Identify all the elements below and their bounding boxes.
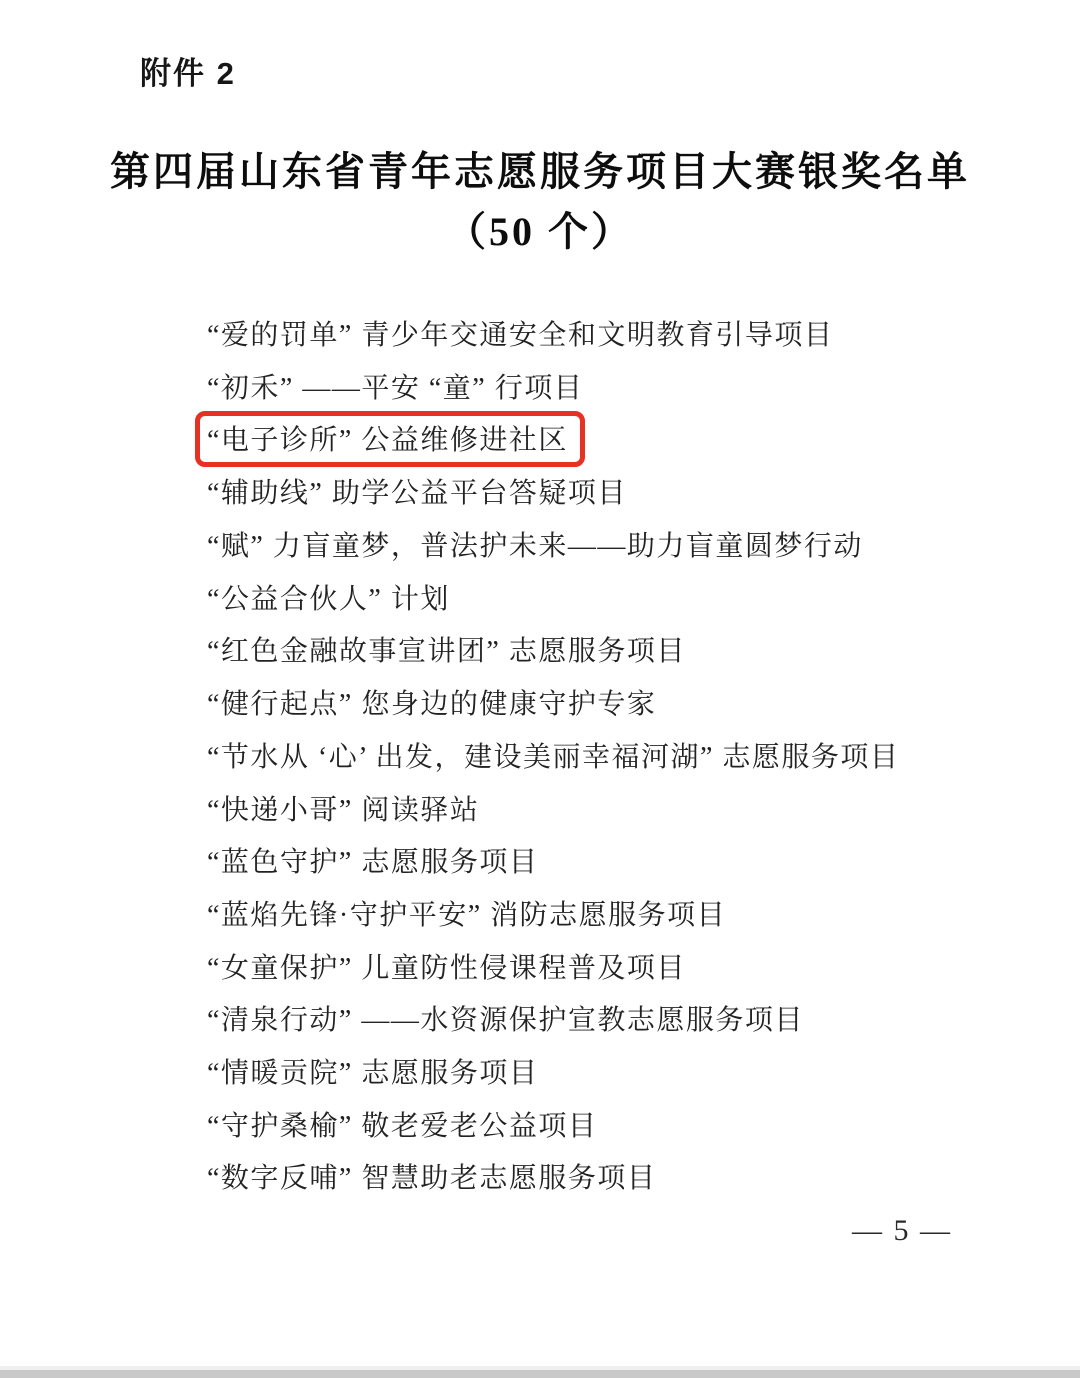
list-item-text: “节水从 ‘心’ 出发，建设美丽幸福河湖” 志愿服务项目 xyxy=(207,735,899,775)
list-item: “赋” 力盲童梦，普法护未来——助力盲童圆梦行动 xyxy=(207,518,1050,571)
list-item: “清泉行动” ——水资源保护宣教志愿服务项目 xyxy=(207,992,1050,1045)
list-item-text: “女童保护” 儿童防性侵课程普及项目 xyxy=(207,946,686,986)
list-item-text: “红色金融故事宣讲团” 志愿服务项目 xyxy=(207,629,686,669)
list-item-text: “健行起点” 您身边的健康守护专家 xyxy=(207,682,656,722)
list-item: “女童保护” 儿童防性侵课程普及项目 xyxy=(207,939,1050,992)
award-list: “爱的罚单” 青少年交通安全和文明教育引导项目 “初禾” ——平安 “童” 行项… xyxy=(207,307,1050,1203)
list-item-text: “情暖贡院” 志愿服务项目 xyxy=(207,1051,538,1091)
list-item-text: “辅助线” 助学公益平台答疑项目 xyxy=(207,471,627,511)
list-item: “辅助线” 助学公益平台答疑项目 xyxy=(207,465,1050,518)
list-item: “情暖贡院” 志愿服务项目 xyxy=(207,1045,1050,1098)
scan-edge-bar xyxy=(0,1370,1080,1378)
red-highlight-box: “电子诊所” 公益维修进社区 xyxy=(195,411,585,467)
list-item: “蓝焰先锋·守护平安” 消防志愿服务项目 xyxy=(207,887,1050,940)
list-item-text: “清泉行动” ——水资源保护宣教志愿服务项目 xyxy=(207,998,804,1038)
document-page: 附件 2 第四届山东省青年志愿服务项目大赛银奖名单 （50 个） “爱的罚单” … xyxy=(0,0,1080,1378)
list-item: “蓝色守护” 志愿服务项目 xyxy=(207,834,1050,887)
list-item: “数字反哺” 智慧助老志愿服务项目 xyxy=(207,1150,1050,1203)
list-item-text: “快递小哥” 阅读驿站 xyxy=(207,788,479,828)
list-item: “红色金融故事宣讲团” 志愿服务项目 xyxy=(207,623,1050,676)
list-item: “守护桑榆” 敬老爱老公益项目 xyxy=(207,1097,1050,1150)
list-item-text: “蓝焰先锋·守护平安” 消防志愿服务项目 xyxy=(207,893,726,933)
page-number: — 5 — xyxy=(852,1206,952,1256)
list-item: “初禾” ——平安 “童” 行项目 xyxy=(207,360,1050,413)
list-item: “节水从 ‘心’ 出发，建设美丽幸福河湖” 志愿服务项目 xyxy=(207,729,1050,782)
list-item-text: “初禾” ——平安 “童” 行项目 xyxy=(207,366,583,406)
list-item-text: “赋” 力盲童梦，普法护未来——助力盲童圆梦行动 xyxy=(207,524,863,564)
attachment-label: 附件 2 xyxy=(140,48,236,93)
list-item-highlighted: “电子诊所” 公益维修进社区 xyxy=(207,412,1050,465)
list-item: “快递小哥” 阅读驿站 xyxy=(207,781,1050,834)
document-title: 第四届山东省青年志愿服务项目大赛银奖名单 （50 个） xyxy=(0,142,1080,262)
document-title-line2: （50 个） xyxy=(0,202,1080,262)
list-item-text: “守护桑榆” 敬老爱老公益项目 xyxy=(207,1104,597,1144)
list-item-text: “爱的罚单” 青少年交通安全和文明教育引导项目 xyxy=(207,313,833,353)
document-title-line1: 第四届山东省青年志愿服务项目大赛银奖名单 xyxy=(0,142,1080,202)
list-item: “公益合伙人” 计划 xyxy=(207,570,1050,623)
list-item: “爱的罚单” 青少年交通安全和文明教育引导项目 xyxy=(207,307,1050,360)
list-item-text: “数字反哺” 智慧助老志愿服务项目 xyxy=(207,1156,656,1196)
list-item: “健行起点” 您身边的健康守护专家 xyxy=(207,676,1050,729)
list-item-text: “蓝色守护” 志愿服务项目 xyxy=(207,840,538,880)
list-item-text: “公益合伙人” 计划 xyxy=(207,577,450,617)
